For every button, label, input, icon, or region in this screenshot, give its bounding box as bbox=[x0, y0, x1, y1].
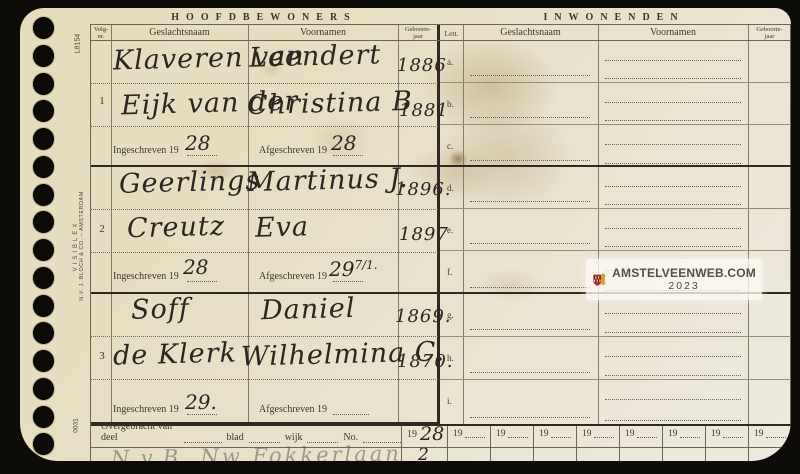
header-volgnr-line2: nr. bbox=[98, 33, 105, 40]
letter-label: g. bbox=[447, 310, 454, 320]
dotted-line bbox=[470, 243, 590, 244]
dotted-line bbox=[766, 437, 786, 438]
year-cell-label: 19 bbox=[496, 429, 506, 439]
ingeschreven-year-handwriting: 28 bbox=[183, 255, 208, 279]
dotted-line bbox=[470, 75, 590, 76]
punch-hole bbox=[33, 350, 54, 372]
dotted-line bbox=[470, 160, 590, 161]
punch-hole bbox=[33, 184, 54, 206]
voornamen-handwriting: Martinus J. bbox=[247, 163, 409, 198]
year-cell: 19 bbox=[619, 426, 662, 461]
inwonenden-band: a. b. c. bbox=[440, 41, 791, 167]
header-voornamen-right: Voornamen bbox=[598, 27, 748, 38]
afgeschreven-label: Afgeschreven 19 bbox=[259, 271, 327, 282]
dotted-line bbox=[470, 287, 590, 288]
inwonende-row: e. bbox=[440, 209, 791, 251]
registration-row: Ingeschreven 19 28 Afgeschreven 19 297/1… bbox=[91, 253, 438, 294]
punch-hole bbox=[33, 267, 54, 289]
dotted-line bbox=[605, 144, 741, 145]
letter-label: c. bbox=[447, 141, 453, 151]
pencil-number-handwriting: 2 bbox=[418, 445, 429, 461]
voornamen-handwriting: Christina B bbox=[247, 86, 414, 121]
dotted-line bbox=[605, 356, 741, 357]
ingeschreven-label: Ingeschreven 19 bbox=[113, 271, 179, 282]
dotted-line bbox=[470, 417, 590, 418]
punch-hole bbox=[33, 100, 54, 122]
year-cell: 19 bbox=[490, 426, 533, 461]
dotted-line bbox=[333, 155, 363, 156]
voornamen-handwriting: Daniel bbox=[261, 293, 356, 326]
dotted-line bbox=[594, 437, 614, 438]
dotted-line bbox=[605, 120, 741, 121]
afgeschreven-label: Afgeschreven 19 bbox=[259, 145, 327, 156]
year-prefix: 19 bbox=[407, 429, 417, 440]
dotted-line bbox=[605, 60, 741, 61]
dotted-line bbox=[249, 434, 280, 443]
dotted-line bbox=[605, 163, 741, 164]
dotted-line bbox=[605, 313, 741, 314]
section-title-inwonenden: INWONENDEN bbox=[438, 12, 790, 23]
letter-label: h. bbox=[447, 353, 454, 363]
letter-label: b. bbox=[447, 99, 454, 109]
year-cell-label: 19 bbox=[668, 429, 678, 439]
ingeschreven-label: Ingeschreven 19 bbox=[113, 145, 179, 156]
registration-row: Ingeschreven 19 29. Afgeschreven 19 bbox=[91, 380, 438, 424]
punch-hole bbox=[33, 156, 54, 178]
year-cell: 19 bbox=[533, 426, 576, 461]
punch-hole bbox=[33, 239, 54, 261]
brand-company: N.V. J. BLOCH & CO. – AMSTERDAM bbox=[79, 187, 85, 305]
punch-hole bbox=[33, 433, 54, 455]
inwonenden-band: g. h. i. bbox=[440, 294, 791, 424]
hoofdbewoner-entry-1: 1 Klaveren van Leendert 1886 Eijk van de… bbox=[91, 41, 438, 167]
name-row: Klaveren van Leendert 1886 bbox=[91, 41, 438, 84]
year-value-handwriting: 28 bbox=[420, 423, 444, 445]
dotted-line bbox=[333, 414, 369, 415]
dotted-line bbox=[723, 437, 743, 438]
dotted-line bbox=[637, 437, 657, 438]
year-cell-label: 19 bbox=[625, 429, 635, 439]
name-row: Soff Daniel 1869. bbox=[91, 294, 438, 337]
dotted-line bbox=[187, 281, 217, 282]
dotted-line bbox=[470, 329, 590, 330]
name-row: Geerlings Martinus J. 1896. bbox=[91, 167, 438, 210]
dotted-line bbox=[333, 281, 363, 282]
inwonende-row: a. bbox=[440, 41, 791, 83]
punch-hole bbox=[33, 406, 54, 428]
dotted-line bbox=[508, 437, 528, 438]
afgeschreven-year-handwriting: 297/1. bbox=[329, 257, 378, 281]
year-cell: 19 bbox=[576, 426, 619, 461]
hoofdbewoner-entry-2: 2 Geerlings Martinus J. 1896. Creutz Eva… bbox=[91, 167, 438, 294]
header-geslachtsnaam-left: Geslachtsnaam bbox=[111, 27, 248, 38]
punch-hole bbox=[33, 322, 54, 344]
inwonende-row: g. bbox=[440, 294, 791, 337]
header-voornamen-left: Voornamen bbox=[248, 27, 398, 38]
dotted-line bbox=[184, 434, 222, 443]
header-geboortejaar-line2: jaar bbox=[413, 33, 423, 40]
year-cell: 19 bbox=[447, 426, 490, 461]
ingeschreven-year-handwriting: 28 bbox=[185, 131, 210, 155]
year-cell-label: 19 bbox=[453, 429, 463, 439]
year-cell: 19 bbox=[662, 426, 705, 461]
header-geslachtsnaam-right: Geslachtsnaam bbox=[463, 27, 598, 38]
dotted-line bbox=[470, 201, 590, 202]
table-header: Volg- nr. Geslachtsnaam Voornamen Geboor… bbox=[91, 25, 791, 41]
dotted-line bbox=[605, 186, 741, 187]
year-cell: 19 bbox=[705, 426, 748, 461]
dotted-line bbox=[465, 437, 485, 438]
inwonende-row: h. bbox=[440, 337, 791, 380]
dotted-line bbox=[187, 155, 217, 156]
geslachtsnaam-handwriting: Creutz bbox=[127, 211, 226, 245]
year-cell-label: 19 bbox=[754, 429, 764, 439]
letter-label: e. bbox=[447, 225, 453, 235]
letter-label: a. bbox=[447, 57, 453, 67]
punch-hole bbox=[33, 128, 54, 150]
letter-label: d. bbox=[447, 183, 454, 193]
header-geboortejaar-right: Geboorte- jaar bbox=[748, 26, 791, 40]
dotted-line bbox=[605, 204, 741, 205]
edge-code-bottom: 0031 bbox=[73, 408, 80, 444]
year-cell-main: 19 28 2 bbox=[401, 426, 447, 461]
header-lett: Lett. bbox=[440, 29, 463, 38]
punch-hole bbox=[33, 45, 54, 67]
punch-hole bbox=[33, 73, 54, 95]
afgeschreven-year-handwriting: 28 bbox=[331, 131, 356, 155]
dotted-line bbox=[605, 78, 741, 79]
punch-hole bbox=[33, 295, 54, 317]
watermark-site: AMSTELVEENWEB.COM bbox=[612, 267, 756, 280]
register-table: Volg- nr. Geslachtsnaam Voornamen Geboor… bbox=[90, 24, 791, 461]
afgeschreven-year: 29 bbox=[329, 257, 354, 281]
overgebracht-label: Overgebracht van deel bbox=[101, 421, 179, 443]
edge-code-top: L8154 bbox=[75, 24, 82, 64]
year-cell-label: 19 bbox=[539, 429, 549, 439]
ingeschreven-label: Ingeschreven 19 bbox=[113, 404, 179, 415]
dotted-line bbox=[605, 332, 741, 333]
inwonende-row: d. bbox=[440, 167, 791, 209]
dotted-line bbox=[605, 228, 741, 229]
year-cell-label: 19 bbox=[711, 429, 721, 439]
wijk-label: wijk bbox=[285, 432, 303, 443]
dotted-line bbox=[605, 102, 741, 103]
dotted-line bbox=[551, 437, 571, 438]
blad-label: blad bbox=[227, 432, 244, 443]
punch-hole bbox=[33, 17, 54, 39]
voornamen-handwriting: Eva bbox=[255, 211, 310, 243]
header-geboortejaar-line1: Geboorte- bbox=[756, 26, 782, 33]
section-title-hoofdbewoners: HOOFDBEWONERS bbox=[90, 12, 438, 23]
punch-hole bbox=[33, 211, 54, 233]
header-geboortejaar-left: Geboorte- jaar bbox=[398, 26, 438, 40]
name-row: de Klerk Wilhelmina C. 1870. bbox=[91, 337, 438, 380]
inwonenden-section: a. b. c. d. e. f. g. h. i. bbox=[440, 41, 791, 424]
register-card: L8154 VISIBLEX N.V. J. BLOCH & CO. – AMS… bbox=[20, 8, 791, 461]
hoofdbewoner-entry-3: 3 Soff Daniel 1869. de Klerk Wilhelmina … bbox=[91, 294, 438, 424]
header-geboortejaar-line1: Geboorte- bbox=[405, 26, 431, 33]
geslachtsnaam-handwriting: Geerlings bbox=[119, 165, 261, 200]
header-geboortejaar-line2: jaar bbox=[765, 33, 775, 40]
header-volgnr-line1: Volg- bbox=[94, 26, 108, 33]
letter-label: f. bbox=[447, 267, 452, 277]
watermark-text: AMSTELVEENWEB.COM 2023 bbox=[612, 267, 756, 293]
header-volgnr: Volg- nr. bbox=[91, 26, 111, 40]
inwonende-row: i. bbox=[440, 380, 791, 424]
dotted-line bbox=[187, 414, 217, 415]
printer-brand: VISIBLEX N.V. J. BLOCH & CO. – AMSTERDAM bbox=[73, 187, 85, 305]
voornamen-handwriting: Leendert bbox=[249, 39, 382, 73]
name-row: Creutz Eva 1897 bbox=[91, 210, 438, 253]
watermark: AMSTELVEENWEB.COM 2023 bbox=[586, 259, 762, 300]
scan-background: L8154 VISIBLEX N.V. J. BLOCH & CO. – AMS… bbox=[0, 0, 800, 474]
letter-label: i. bbox=[447, 396, 452, 406]
amstelveen-crest-icon bbox=[592, 264, 607, 296]
dotted-line bbox=[680, 437, 700, 438]
footer-strip: Overgebracht van deel blad wijk No. 19 2… bbox=[91, 424, 791, 461]
inwonende-row: c. bbox=[440, 125, 791, 167]
dotted-line bbox=[470, 372, 590, 373]
dotted-line bbox=[605, 420, 741, 421]
dotted-line bbox=[605, 375, 741, 376]
geslachtsnaam-handwriting: de Klerk bbox=[113, 337, 238, 371]
dotted-line bbox=[470, 117, 590, 118]
dotted-line bbox=[605, 246, 741, 247]
geslachtsnaam-handwriting: Soff bbox=[131, 293, 191, 326]
registration-row: Ingeschreven 19 28 Afgeschreven 19 28 bbox=[91, 127, 438, 167]
afgeschreven-label: Afgeschreven 19 bbox=[259, 404, 327, 415]
ingeschreven-year-handwriting: 29. bbox=[185, 390, 217, 414]
name-row: Eijk van der Christina B 1881 bbox=[91, 84, 438, 127]
inwonende-row: b. bbox=[440, 83, 791, 125]
year-cell: 19 bbox=[748, 426, 791, 461]
year-cell-label: 19 bbox=[582, 429, 592, 439]
dotted-line bbox=[605, 399, 741, 400]
afgeschreven-date: 7/1. bbox=[354, 258, 377, 272]
punch-hole bbox=[33, 378, 54, 400]
watermark-year: 2023 bbox=[668, 280, 699, 293]
afgeschreven-year: 28 bbox=[331, 131, 356, 155]
